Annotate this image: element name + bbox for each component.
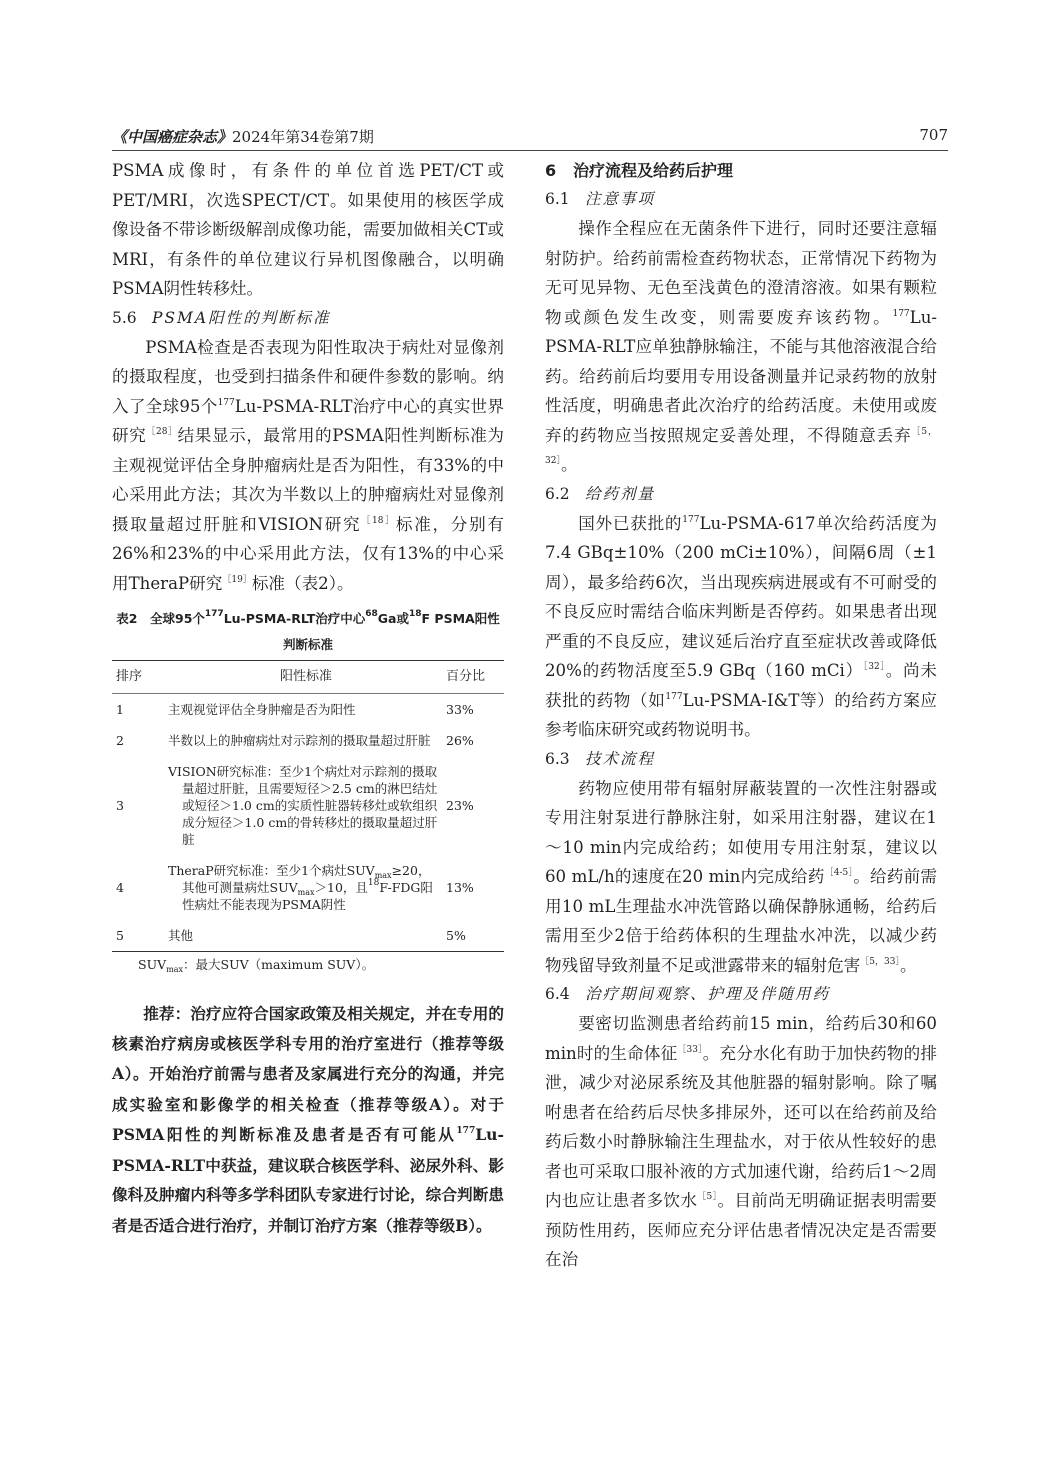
intro-paragraph: PSMA成像时，有条件的单位首选PET/CT或PET/MRI，次选SPECT/C… [112, 156, 504, 304]
paragraph-6-3: 药物应使用带有辐射屏蔽装置的一次性注射器或专用注射泵进行静脉注射，如采用注射器，… [545, 774, 937, 981]
recommendation-paragraph: 推荐：治疗应符合国家政策及相关规定，并在专用的核素治疗病房或核医学科专用的治疗室… [112, 1000, 504, 1241]
running-header: 《中国癌症杂志》2024年第34卷第7期 707 [112, 126, 948, 151]
paragraph-5-6: PSMA检查是否表现为阳性取决于病灶对显像剂的摄取程度，也受到扫描条件和硬件参数… [112, 333, 504, 599]
section-heading-6: 6治疗流程及给药后护理 [545, 156, 937, 185]
table-row: 2 半数以上的肿瘤病灶对示踪剂的摄取量超过肝脏 26% [112, 725, 504, 756]
table-row: 1 主观视觉评估全身肿瘤是否为阳性 33% [112, 694, 504, 726]
section-heading-6-1: 6.1注意事项 [545, 185, 937, 214]
section-heading-6-4: 6.4治疗期间观察、护理及伴随用药 [545, 980, 937, 1009]
section-title: PSMA阳性的判断标准 [152, 309, 331, 327]
table-row: 3 VISION研究标准：至少1个病灶对示踪剂的摄取量超过肝脏，且需要短径＞2.… [112, 756, 504, 855]
paragraph-6-4: 要密切监测患者给药前15 min，给药后30和60 min时的生命体征［33］。… [545, 1009, 937, 1275]
page-number: 707 [919, 126, 948, 144]
header-rank: 排序 [112, 661, 168, 694]
citation-ref[interactable]: ［18］ [361, 516, 396, 526]
citation-ref[interactable]: ［4-5］ [825, 868, 854, 878]
header-percent: 百分比 [444, 661, 504, 694]
citation-ref[interactable]: ［19］ [222, 575, 251, 585]
citation-ref[interactable]: ［5］ [697, 1192, 717, 1202]
header-criterion: 阳性标准 [168, 661, 444, 694]
citation-ref[interactable]: ［28］ [146, 427, 177, 437]
right-column: 6治疗流程及给药后护理 6.1注意事项 操作全程应在无菌条件下进行，同时还要注意… [545, 156, 937, 1275]
section-heading-5-6: 5.6PSMA阳性的判断标准 [112, 304, 504, 333]
citation-ref[interactable]: ［32］ [863, 662, 886, 672]
table-header-row: 排序 阳性标准 百分比 [112, 661, 504, 694]
table-row: 4 TheraP研究标准：至少1个病灶SUVmax≥20，其他可测量病灶SUVm… [112, 855, 504, 920]
left-column: PSMA成像时，有条件的单位首选PET/CT或PET/MRI，次选SPECT/C… [112, 156, 504, 1241]
journal-citation: 《中国癌症杂志》2024年第34卷第7期 [112, 126, 374, 147]
journal-issue: 2024年第34卷第7期 [232, 128, 374, 146]
table-row: 5 其他 5% [112, 920, 504, 952]
citation-ref[interactable]: ［33］ [677, 1045, 702, 1055]
criteria-table: 排序 阳性标准 百分比 1 主观视觉评估全身肿瘤是否为阳性 33% 2 半数以上… [112, 660, 504, 952]
section-number: 5.6 [112, 304, 152, 333]
journal-name: 《中国癌症杂志》 [112, 128, 232, 146]
citation-ref[interactable]: ［5，33］ [860, 957, 900, 967]
paragraph-6-2: 国外已获批的177Lu-PSMA-617单次给药活度为7.4 GBq±10%（2… [545, 509, 937, 745]
table-footnote: SUVmax：最大SUV（maximum SUV）。 [112, 952, 504, 978]
section-heading-6-3: 6.3技术流程 [545, 745, 937, 774]
table-caption: 表2 全球95个177Lu-PSMA-RLT治疗中心68Ga或18F PSMA阳… [112, 606, 504, 658]
section-heading-6-2: 6.2给药剂量 [545, 480, 937, 509]
paragraph-6-1: 操作全程应在无菌条件下进行，同时还要注意辐射防护。给药前需检查药物状态，正常情况… [545, 214, 937, 480]
